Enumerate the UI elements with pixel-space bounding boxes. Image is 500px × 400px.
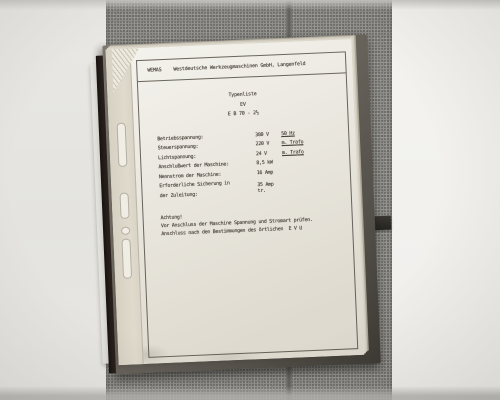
spec-value: 35 Amp tr. <box>257 181 283 194</box>
spec-value: 16 Amp <box>257 168 283 179</box>
typed-form-frame: WEMAS Westdeutsche Werkzeugmaschinen Gmb… <box>136 51 358 358</box>
punch-slot <box>117 123 128 167</box>
spec-table: Betriebsspannung: 380 V 50 Hz Steuerspan… <box>157 127 351 202</box>
punch-hole <box>121 227 130 235</box>
company-name: Westdeutsche Werkzeugmaschinen GmbH, Lan… <box>173 61 305 73</box>
floor-blur-top <box>0 0 500 10</box>
logo-text: WEMAS <box>147 67 161 74</box>
notice-block: Achtung! Vor Anschluss der Maschine Span… <box>160 206 352 239</box>
punch-slot <box>121 239 132 279</box>
photo-of-binder-on-floor: WEMAS Westdeutsche Werkzeugmaschinen Gmb… <box>0 0 500 400</box>
floor-tile-white <box>392 0 500 400</box>
spec-label-multiline: Erforderliche Sicherung in der Zuleitung… <box>159 179 258 202</box>
title-block: Typenliste EV E B 70 - 2½ <box>138 86 347 123</box>
form-body: Typenliste EV E B 70 - 2½ Betriebsspannu… <box>138 86 352 239</box>
punch-slot <box>120 193 130 219</box>
floor-blur-bottom <box>0 386 500 400</box>
ring-binder-folder: WEMAS Westdeutsche Werkzeugmaschinen Gmb… <box>89 26 387 378</box>
